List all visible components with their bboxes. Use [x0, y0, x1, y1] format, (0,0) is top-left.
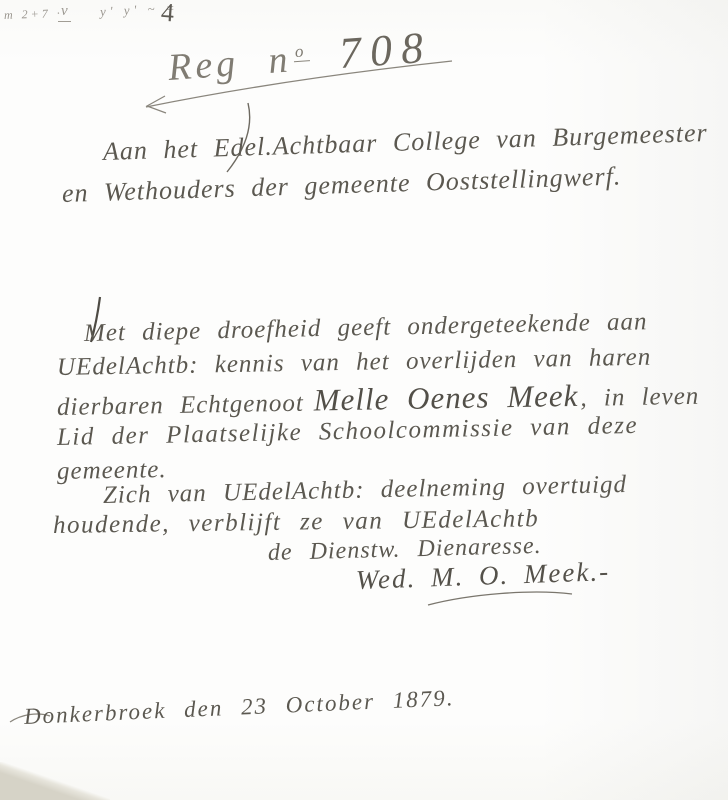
- pencil-annotation-left: m 2+7 ·: [4, 6, 63, 23]
- pencil-number-mark: 4: [160, 0, 175, 28]
- body-line-3-post: , in leven: [580, 383, 699, 412]
- body-line-2: UEdelAchtb: kennis van het overlijden va…: [57, 344, 652, 382]
- deceased-name: Melle Oenes Meek: [313, 378, 578, 418]
- page-corner-shadow: [0, 762, 110, 800]
- address-line-1: Aan het Edel.Achtbaar College van Burgem…: [103, 119, 709, 167]
- body-line-6: Zich van UEdelAchtb: deelneming overtuig…: [103, 471, 628, 509]
- body-line-3-pre: dierbaren Echtgenoot: [57, 390, 304, 421]
- body-line-1: Met diepe droefheid geeft ondergeteekend…: [84, 308, 648, 347]
- ordinal-superscript: o: [292, 41, 310, 62]
- signature: Wed. M. O. Meek.-: [355, 557, 610, 596]
- scanned-letter-page: m 2+7 · v y' y' ~ = 4 Reg no 708 Aan het…: [0, 0, 728, 800]
- signature-underline-flourish: [428, 592, 572, 605]
- dateline: Donkerbroek den 23 October 1879.: [23, 685, 455, 729]
- register-heading: Reg no 708: [166, 24, 433, 91]
- pencil-checkmark: v: [58, 3, 71, 22]
- address-line-2: en Wethouders der gemeente Ooststellingw…: [62, 162, 622, 208]
- register-label: Reg n: [167, 38, 293, 89]
- heading-underline-arrowhead: [147, 96, 166, 113]
- register-number: 708: [337, 23, 433, 78]
